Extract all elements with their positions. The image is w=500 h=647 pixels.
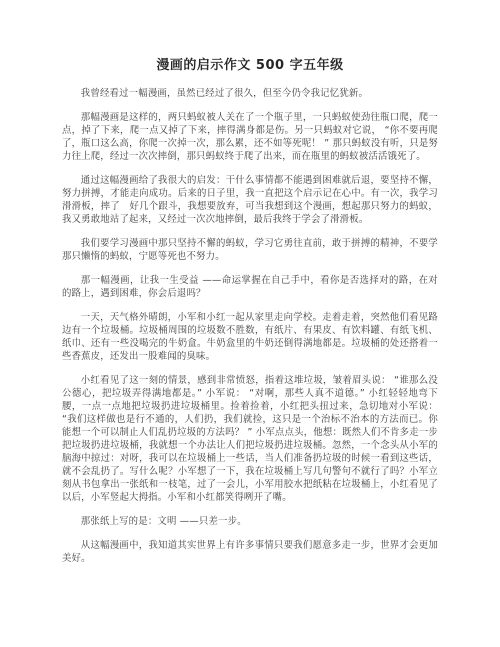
- essay-body: 我曾经看过一幅漫画，虽然已经过了很久，但至今仍令我记忆犹新。 那幅漫画是这样的，…: [62, 87, 438, 565]
- paragraph: 那幅漫画是这样的，两只蚂蚁被人关在了一个瓶子里，一只蚂蚁使劲往瓶口爬，爬一点，掉…: [62, 111, 438, 163]
- paragraph: 我曾经看过一幅漫画，虽然已经过了很久，但至今仍令我记忆犹新。: [62, 87, 438, 100]
- paragraph: 通过这幅漫画给了我很大的启发：干什么事情都不能遇到困难就后退，要坚持不懈，努力拼…: [62, 174, 438, 226]
- document-page: 漫画的启示作文 500 字五年级 我曾经看过一幅漫画，虽然已经过了很久，但至今仍…: [0, 0, 500, 647]
- paragraph: 小红看见了这一刻的情景，感到非常愤怒，指着这堆垃圾，皱着眉头说： “谁那么没公德…: [62, 374, 438, 504]
- paragraph: 那一幅漫画，让我一生受益 ——命运掌握在自己手中，看你是否选择对的路，在对的路上…: [62, 274, 438, 300]
- paragraph: 我们要学习漫画中那只坚持不懈的蚂蚁，学习它勇往直前，敢于拼搏的精神，不要学那只懒…: [62, 237, 438, 263]
- page-title: 漫画的启示作文 500 字五年级: [62, 54, 438, 73]
- paragraph: 从这幅漫画中，我知道其实世界上有许多事情只要我们愿意多走一步，世界才会更加美好。: [62, 539, 438, 565]
- paragraph: 那张纸上写的是：文明 ——只差一步。: [62, 515, 438, 528]
- paragraph: 一天，天气格外晴朗，小军和小红一起从家里走向学校。走着走着，突然他们看见路边有一…: [62, 311, 438, 363]
